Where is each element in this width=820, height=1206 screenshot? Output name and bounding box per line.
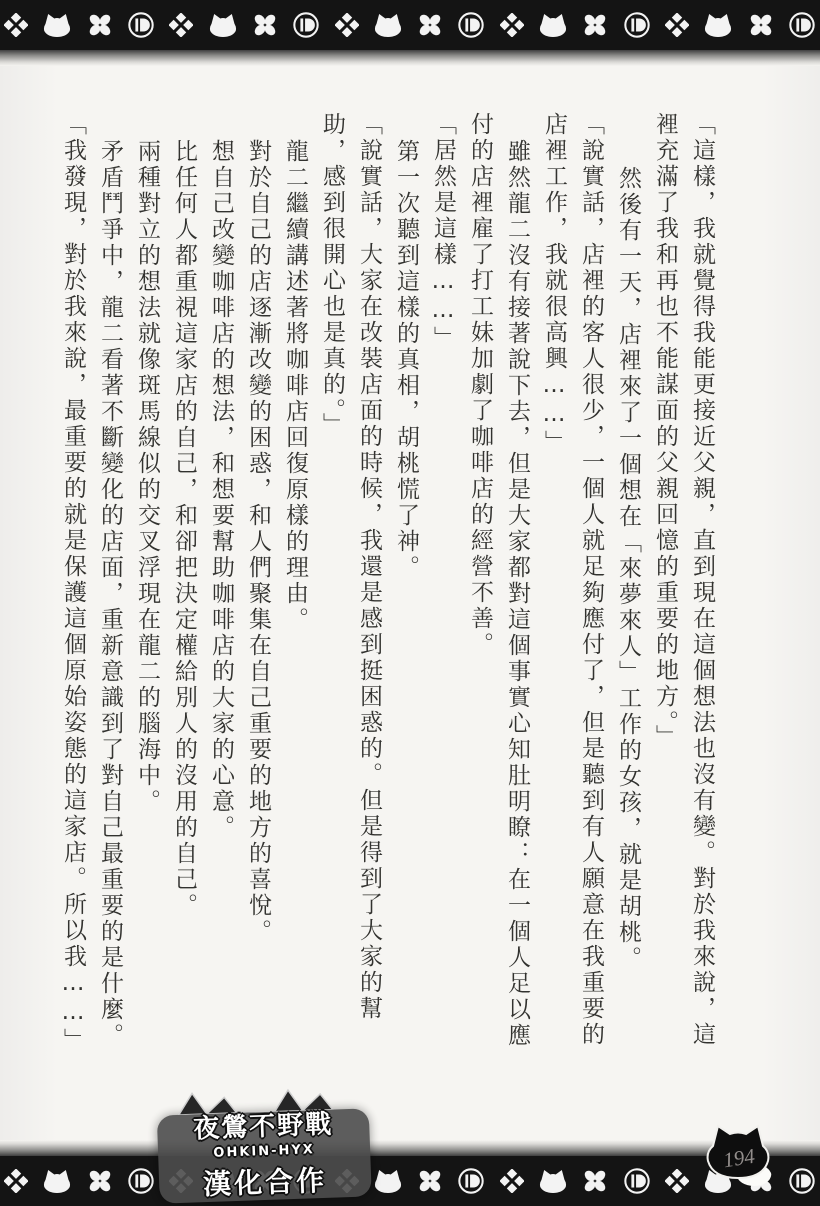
clover-cross-icon (252, 12, 278, 38)
cd-monogram-icon (457, 11, 485, 39)
bottom-border-strip (0, 1156, 820, 1206)
cd-monogram-icon (292, 11, 320, 39)
clover-cross-icon (417, 1168, 443, 1194)
paragraph: 「這樣，我就覺得我能更接近父親，直到現在這個想法也沒有變。對於我來說，這裡充滿了… (646, 112, 720, 1054)
cat-head-icon (700, 1173, 776, 1192)
paragraph: 「居然是這樣……」 (424, 112, 461, 1054)
cat-face-icon (208, 13, 238, 38)
diamond-cluster-icon (665, 13, 689, 37)
paragraph: 第一次聽到這樣的真相，胡桃慌了神。 (387, 112, 424, 1054)
paragraph: 對於自己的店逐漸改變的困惑，和人們聚集在自己重要的地方的喜悅。 (239, 112, 276, 1054)
watermark-subtitle: 漢化合作 (165, 1158, 366, 1205)
diamond-cluster-icon (500, 1169, 524, 1193)
cat-face-icon (538, 1169, 568, 1194)
diamond-cluster-icon (169, 13, 193, 37)
clover-cross-icon (417, 12, 443, 38)
cd-monogram-icon (127, 1167, 155, 1195)
cd-monogram-icon (457, 1167, 485, 1195)
paragraph: 想自己改變咖啡店的想法，和想要幫助咖啡店的大家的心意。 (202, 112, 239, 1054)
paragraph: 然後有一天，店裡來了一個想在「來夢來人」工作的女孩，就是胡桃。 (609, 112, 646, 1054)
paragraph: 「說實話，店裡的客人很少，一個人就足夠應付了，但是聽到有人願意在我重要的店裡工作… (535, 112, 609, 1054)
clover-cross-icon (87, 1168, 113, 1194)
diamond-cluster-icon (4, 13, 28, 37)
clover-cross-icon (582, 12, 608, 38)
paragraph: 比任何人都重視這家店的自己，和卻把決定權給別人的沒用的自己。 (165, 112, 202, 1054)
top-border-gradient (0, 50, 820, 66)
translator-watermark: 夜鶯不野戰 OHKIN-HYX 漢化合作 (162, 1089, 366, 1206)
paragraph: 龍二繼續講述著將咖啡店回復原樣的理由。 (276, 112, 313, 1054)
text-area: 「這樣，我就覺得我能更接近父親，直到現在這個想法也沒有變。對於我來說，這裡充滿了… (54, 112, 720, 1054)
diamond-cluster-icon (500, 13, 524, 37)
cat-face-icon (703, 13, 733, 38)
cat-face-icon (373, 1169, 403, 1194)
diamond-cluster-icon (4, 1169, 28, 1193)
cd-monogram-icon (788, 11, 816, 39)
clover-cross-icon (87, 12, 113, 38)
cat-face-icon (373, 13, 403, 38)
paragraph: 「說實話，大家在改裝店面的時候，我還是感到挺困惑的。但是得到了大家的幫助，感到很… (313, 112, 387, 1054)
paragraph: 兩種對立的想法就像斑馬線似的交叉浮現在龍二的腦海中。 (128, 112, 165, 1054)
diamond-cluster-icon (665, 1169, 689, 1193)
clover-cross-icon (748, 12, 774, 38)
cd-monogram-icon (127, 11, 155, 39)
page-number-badge: 194 (700, 1122, 776, 1188)
top-border-strip (0, 0, 820, 50)
paragraph: 「我發現，對於我來說，最重要的就是保護這個原始姿態的這家店。所以我……」 (54, 112, 91, 1054)
paragraph: 矛盾鬥爭中，龍二看著不斷變化的店面，重新意識到了對自己最重要的是什麼。 (91, 112, 128, 1054)
bottom-border-gradient (0, 1140, 820, 1156)
watermark-group-name: 夜鶯不野戰 (163, 1103, 364, 1147)
clover-cross-icon (582, 1168, 608, 1194)
cd-monogram-icon (623, 1167, 651, 1195)
cat-face-icon (42, 13, 72, 38)
diamond-cluster-icon (335, 13, 359, 37)
cat-face-icon (538, 13, 568, 38)
cd-monogram-icon (623, 11, 651, 39)
paragraph: 雖然龍二沒有接著說下去，但是大家都對這個事實心知肚明瞭：在一個人足以應付的店裡雇… (461, 112, 535, 1054)
cat-face-icon (42, 1169, 72, 1194)
cd-monogram-icon (788, 1167, 816, 1195)
